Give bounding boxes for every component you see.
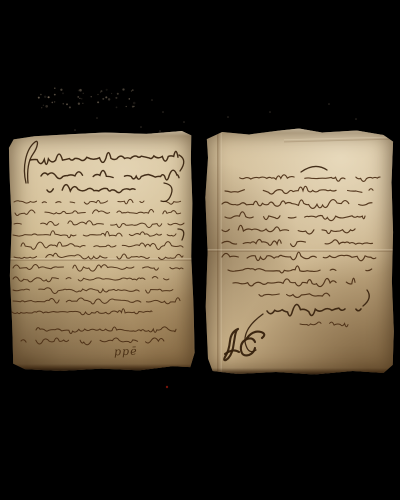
faint-caption-speckle: [77, 96, 79, 98]
faint-caption-speckle: [227, 116, 229, 118]
faint-caption-speckle: [133, 106, 134, 107]
handwriting-line: [13, 277, 169, 282]
faint-caption-speckle: [96, 117, 98, 119]
faint-caption-speckle: [106, 89, 108, 91]
faint-caption-speckle: [60, 89, 62, 91]
faint-caption-speckle: [151, 99, 153, 101]
handwriting-line: [14, 221, 184, 228]
handwriting-line: [225, 212, 365, 221]
faint-caption-speckle: [82, 103, 83, 104]
faint-caption-speckle: [355, 118, 357, 120]
faint-caption-speckle: [45, 105, 48, 108]
handwriting-line: [267, 304, 361, 315]
notary-monogram: [241, 338, 255, 355]
faint-caption-speckle: [132, 106, 134, 108]
handwriting-line: [14, 253, 183, 259]
handwriting-line: [12, 309, 152, 315]
faint-caption-speckle: [131, 90, 132, 91]
faint-caption-speckle: [54, 88, 55, 89]
faint-caption-speckle: [133, 102, 136, 105]
handwriting-flourish: [178, 229, 184, 240]
faint-caption-speckle: [69, 106, 71, 108]
handwriting-line: [300, 322, 348, 327]
faint-caption-speckle: [48, 96, 50, 98]
handwriting-line: [222, 240, 373, 247]
handwriting-flourish: [179, 155, 184, 171]
faint-caption-speckle: [97, 94, 98, 95]
handwriting-line: [13, 288, 181, 294]
handwriting-line: [13, 231, 176, 238]
handwriting-line: [30, 151, 178, 164]
handwriting-flourish: [161, 183, 172, 202]
faint-caption-speckle: [54, 94, 56, 96]
left-page-bottom-curl-shadow: [8, 364, 195, 372]
faint-caption-speckle: [100, 92, 101, 93]
handwriting-line: [47, 185, 135, 193]
faint-caption-speckle: [81, 98, 83, 100]
faint-caption-speckle: [159, 130, 161, 132]
faint-caption-speckle: [41, 107, 42, 108]
faint-caption-speckle: [162, 111, 164, 113]
handwriting-flourish: [301, 166, 327, 172]
handwriting-line: [228, 266, 372, 273]
faint-caption-speckle: [122, 88, 124, 90]
faint-caption-speckle: [51, 102, 53, 104]
handwriting-line: [225, 186, 373, 194]
faint-caption-speckle: [111, 93, 112, 94]
faint-caption-speckle: [116, 107, 118, 109]
handwriting-flourish: [363, 290, 369, 306]
colophon-ppe: ppē: [114, 345, 138, 359]
faint-caption-speckle: [47, 96, 49, 98]
faint-caption-speckle: [97, 101, 99, 103]
faint-caption-speckle: [43, 105, 44, 106]
handwriting-line: [222, 200, 372, 209]
faint-caption-speckle: [78, 103, 80, 105]
right-manuscript-page: [203, 128, 395, 376]
faint-caption-speckle: [62, 92, 64, 94]
faint-caption-speckle: [328, 103, 330, 105]
handwriting-line: [240, 175, 380, 182]
handwriting-line: [21, 338, 164, 345]
faint-caption-speckle: [183, 121, 185, 123]
photo-of-manuscript: ppē: [0, 0, 400, 500]
faint-caption-speckle: [108, 98, 110, 100]
handwriting-line: [13, 298, 180, 304]
left-manuscript-page: ppē: [8, 131, 195, 372]
faint-caption-speckle: [126, 106, 127, 107]
handwriting-line: [233, 278, 355, 286]
right-page-ink: [203, 128, 395, 376]
faint-caption-speckle: [132, 89, 134, 91]
handwriting-line: [41, 170, 179, 180]
faint-caption-speckle: [44, 96, 46, 98]
handwriting-line: [222, 225, 366, 234]
faint-caption-speckle: [102, 98, 104, 100]
faint-caption-speckle: [79, 98, 80, 99]
faint-caption-speckle: [62, 103, 64, 105]
red-dust-speck: [166, 386, 168, 388]
faint-caption-speckle: [140, 126, 142, 128]
left-page-ink: [8, 131, 195, 372]
faint-caption-speckle: [78, 90, 80, 92]
handwriting-line: [15, 209, 181, 215]
right-page-bottom-curl-shadow: [203, 368, 395, 376]
handwriting-line: [13, 264, 183, 271]
handwriting-line: [21, 242, 183, 250]
faint-caption-speckle: [129, 98, 131, 100]
notary-monogram: [224, 329, 238, 360]
faint-caption-speckle: [269, 111, 271, 113]
faint-caption-speckle: [38, 97, 40, 99]
handwriting-line: [14, 199, 181, 204]
handwriting-flourish: [24, 141, 37, 183]
handwriting-line: [259, 293, 330, 297]
faint-caption-speckle: [115, 97, 117, 99]
faint-caption-speckle: [83, 93, 84, 94]
faint-caption-speckle: [79, 89, 82, 92]
faint-caption-speckle: [117, 93, 119, 95]
faint-caption-speckle: [91, 96, 92, 97]
faint-caption-speckle: [66, 103, 68, 105]
faint-caption-speckle: [54, 101, 55, 102]
faint-caption-speckle: [101, 90, 103, 92]
faint-caption-speckle: [40, 94, 42, 96]
faint-caption-speckle: [105, 96, 107, 98]
faint-caption-speckle: [74, 129, 76, 131]
handwriting-line: [36, 327, 176, 334]
notary-monogram: [247, 332, 264, 338]
handwriting-line: [222, 252, 376, 261]
